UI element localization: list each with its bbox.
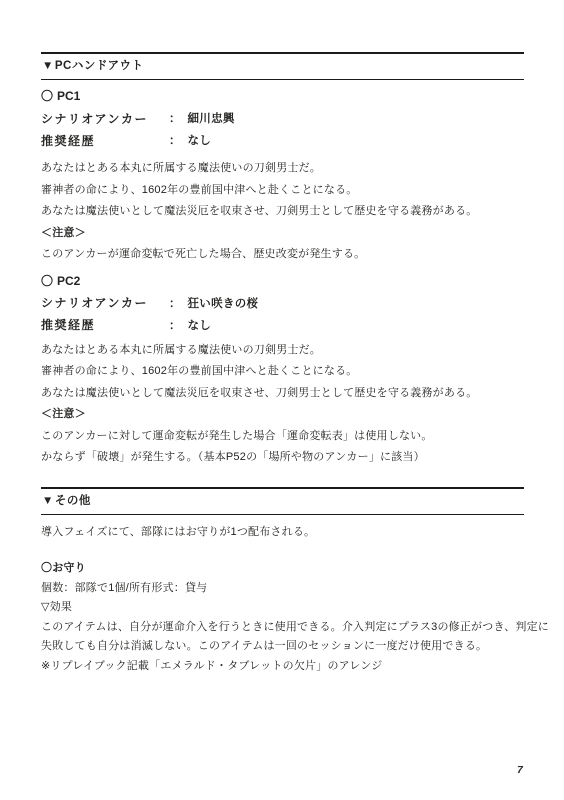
effect-line: 失敗しても自分は消滅しない。このアイテムは一回のセッションに一度だけ使用できる。: [41, 637, 524, 657]
note-line: かならず「破壊」が発生する。（基本P52の「場所や物のアンカー」に該当）: [41, 447, 524, 469]
item-effect-heading: ▽効果: [41, 598, 524, 618]
pc1-heading: 〇PC1: [41, 85, 524, 107]
body-line: 審神者の命により、1602年の豊前国中津へと赴くことになる。: [41, 180, 524, 202]
page-number: 7: [517, 764, 523, 776]
field-colon: ：: [169, 317, 181, 333]
field-value: なし: [188, 132, 212, 148]
other-intro-line: 導入フェイズにて、部隊にはお守りが1つ配布される。: [41, 521, 524, 543]
field-value: 狂い咲きの桜: [188, 295, 259, 311]
section-title-other: その他: [55, 495, 91, 507]
effect-line: このアイテムは、自分が運命介入を行うときに使用できる。介入判定にプラス3の修正が…: [41, 618, 524, 638]
note-line: このアンカーが運命変転で死亡した場合、歴史改変が発生する。: [41, 244, 524, 266]
field-label: シナリオアンカー: [41, 110, 169, 127]
pc1-recommended-career-row: 推奨経歴 ： なし: [41, 129, 524, 151]
omamori-item-block: 〇お守り 個数：部隊で1個/所有形式：貸与 ▽効果 このアイテムは、自分が運命介…: [41, 559, 524, 676]
section-title-pc-handout: PCハンドアウト: [55, 60, 144, 72]
pc2-recommended-career-row: 推奨経歴 ： なし: [41, 314, 524, 336]
item-spec-line: 個数：部隊で1個/所有形式：貸与: [41, 579, 524, 599]
down-triangle-icon: ▼: [42, 60, 54, 72]
pc1-body: あなたはとある本丸に所属する魔法使いの刀剣男士だ。 審神者の命により、1602年…: [41, 158, 524, 266]
field-colon: ：: [169, 132, 181, 148]
body-line: あなたは魔法使いとして魔法災厄を収束させ、刀剣男士として歴史を守る義務がある。: [41, 383, 524, 405]
pc1-scenario-anchor-row: シナリオアンカー ： 細川忠興: [41, 107, 524, 129]
page-content: ▼PCハンドアウト 〇PC1 シナリオアンカー ： 細川忠興 推奨経歴 ： なし…: [41, 0, 524, 676]
body-line: あなたは魔法使いとして魔法災厄を収束させ、刀剣男士として歴史を守る義務がある。: [41, 201, 524, 223]
document-page: ▼PCハンドアウト 〇PC1 シナリオアンカー ： 細川忠興 推奨経歴 ： なし…: [0, 0, 564, 800]
field-value: 細川忠興: [188, 110, 235, 126]
down-triangle-outline-icon: ▽: [41, 601, 50, 613]
pc1-title-label: PC1: [57, 89, 80, 103]
item-heading: 〇お守り: [41, 559, 524, 579]
field-label: 推奨経歴: [41, 316, 169, 333]
field-colon: ：: [169, 110, 181, 126]
field-label: 推奨経歴: [41, 132, 169, 149]
note-heading: ＜注意＞: [41, 223, 524, 245]
body-line: 審神者の命により、1602年の豊前国中津へと赴くことになる。: [41, 361, 524, 383]
body-line: あなたはとある本丸に所属する魔法使いの刀剣男士だ。: [41, 158, 524, 180]
body-line: あなたはとある本丸に所属する魔法使いの刀剣男士だ。: [41, 340, 524, 362]
arrange-note-line: ※リプレイブック記載「エメラルド・タブレットの欠片」のアレンジ: [41, 657, 524, 677]
section-header-other: ▼その他: [41, 487, 524, 515]
down-triangle-icon: ▼: [42, 495, 54, 507]
circle-icon: 〇: [41, 562, 52, 574]
section-header-pc-handout: ▼PCハンドアウト: [41, 52, 524, 80]
field-colon: ：: [169, 295, 181, 311]
pc2-title-label: PC2: [57, 274, 80, 288]
field-value: なし: [188, 317, 212, 333]
effect-title-label: 効果: [50, 601, 72, 613]
circle-icon: 〇: [41, 89, 53, 103]
pc2-scenario-anchor-row: シナリオアンカー ： 狂い咲きの桜: [41, 292, 524, 314]
field-label: シナリオアンカー: [41, 294, 169, 311]
circle-icon: 〇: [41, 274, 53, 288]
pc2-heading: 〇PC2: [41, 270, 524, 292]
item-title-label: お守り: [52, 562, 86, 574]
note-heading: ＜注意＞: [41, 404, 524, 426]
note-line: このアンカーに対して運命変転が発生した場合「運命変転表」は使用しない。: [41, 426, 524, 448]
pc2-body: あなたはとある本丸に所属する魔法使いの刀剣男士だ。 審神者の命により、1602年…: [41, 340, 524, 469]
